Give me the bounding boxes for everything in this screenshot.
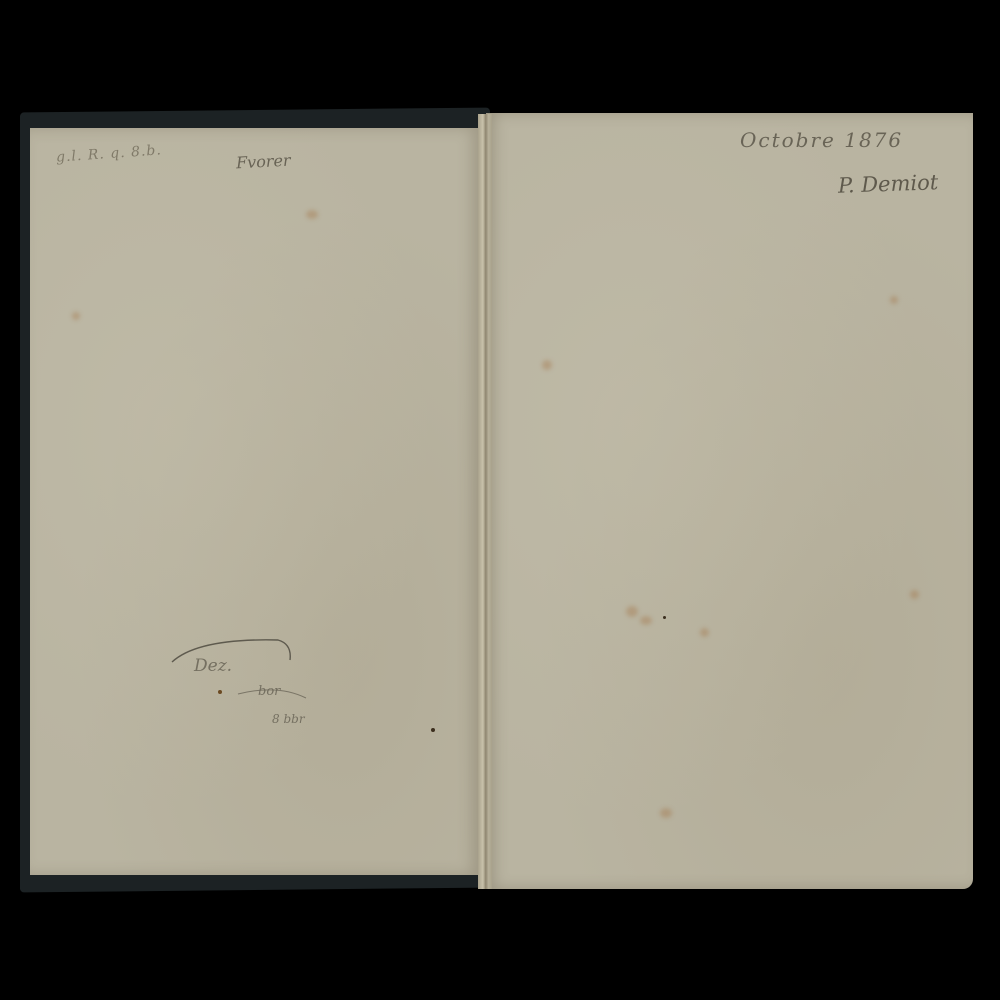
ink-speck: [218, 690, 222, 694]
foxing-stain: [626, 606, 638, 617]
date-inscription: Octobre 1876: [740, 128, 903, 152]
ink-speck: [431, 728, 435, 732]
pencil-note-sub: bor: [258, 684, 280, 699]
foxing-stain: [700, 628, 709, 637]
foxing-stain: [72, 312, 80, 320]
foxing-stain: [910, 590, 919, 599]
owner-signature: P. Demiot: [838, 170, 939, 197]
pencil-note-main: Dez.: [194, 656, 232, 676]
pencil-flourish-icon: [168, 632, 308, 712]
book-photo: g.l. R. q. 8.b. Fvorer Dez. bor 8 bbr Oc…: [0, 0, 1000, 1000]
pencil-note-number: 8 bbr: [272, 712, 305, 726]
foxing-stain: [640, 616, 652, 625]
foxing-stain: [306, 210, 318, 219]
left-endpaper: [30, 128, 480, 875]
foxing-stain: [890, 296, 898, 304]
right-endpaper: [486, 113, 973, 889]
book-gutter: [478, 114, 492, 889]
ink-speck: [663, 616, 666, 619]
foxing-stain: [542, 360, 552, 370]
foxing-stain: [660, 808, 672, 818]
top-name-note: Fvorer: [236, 151, 291, 173]
